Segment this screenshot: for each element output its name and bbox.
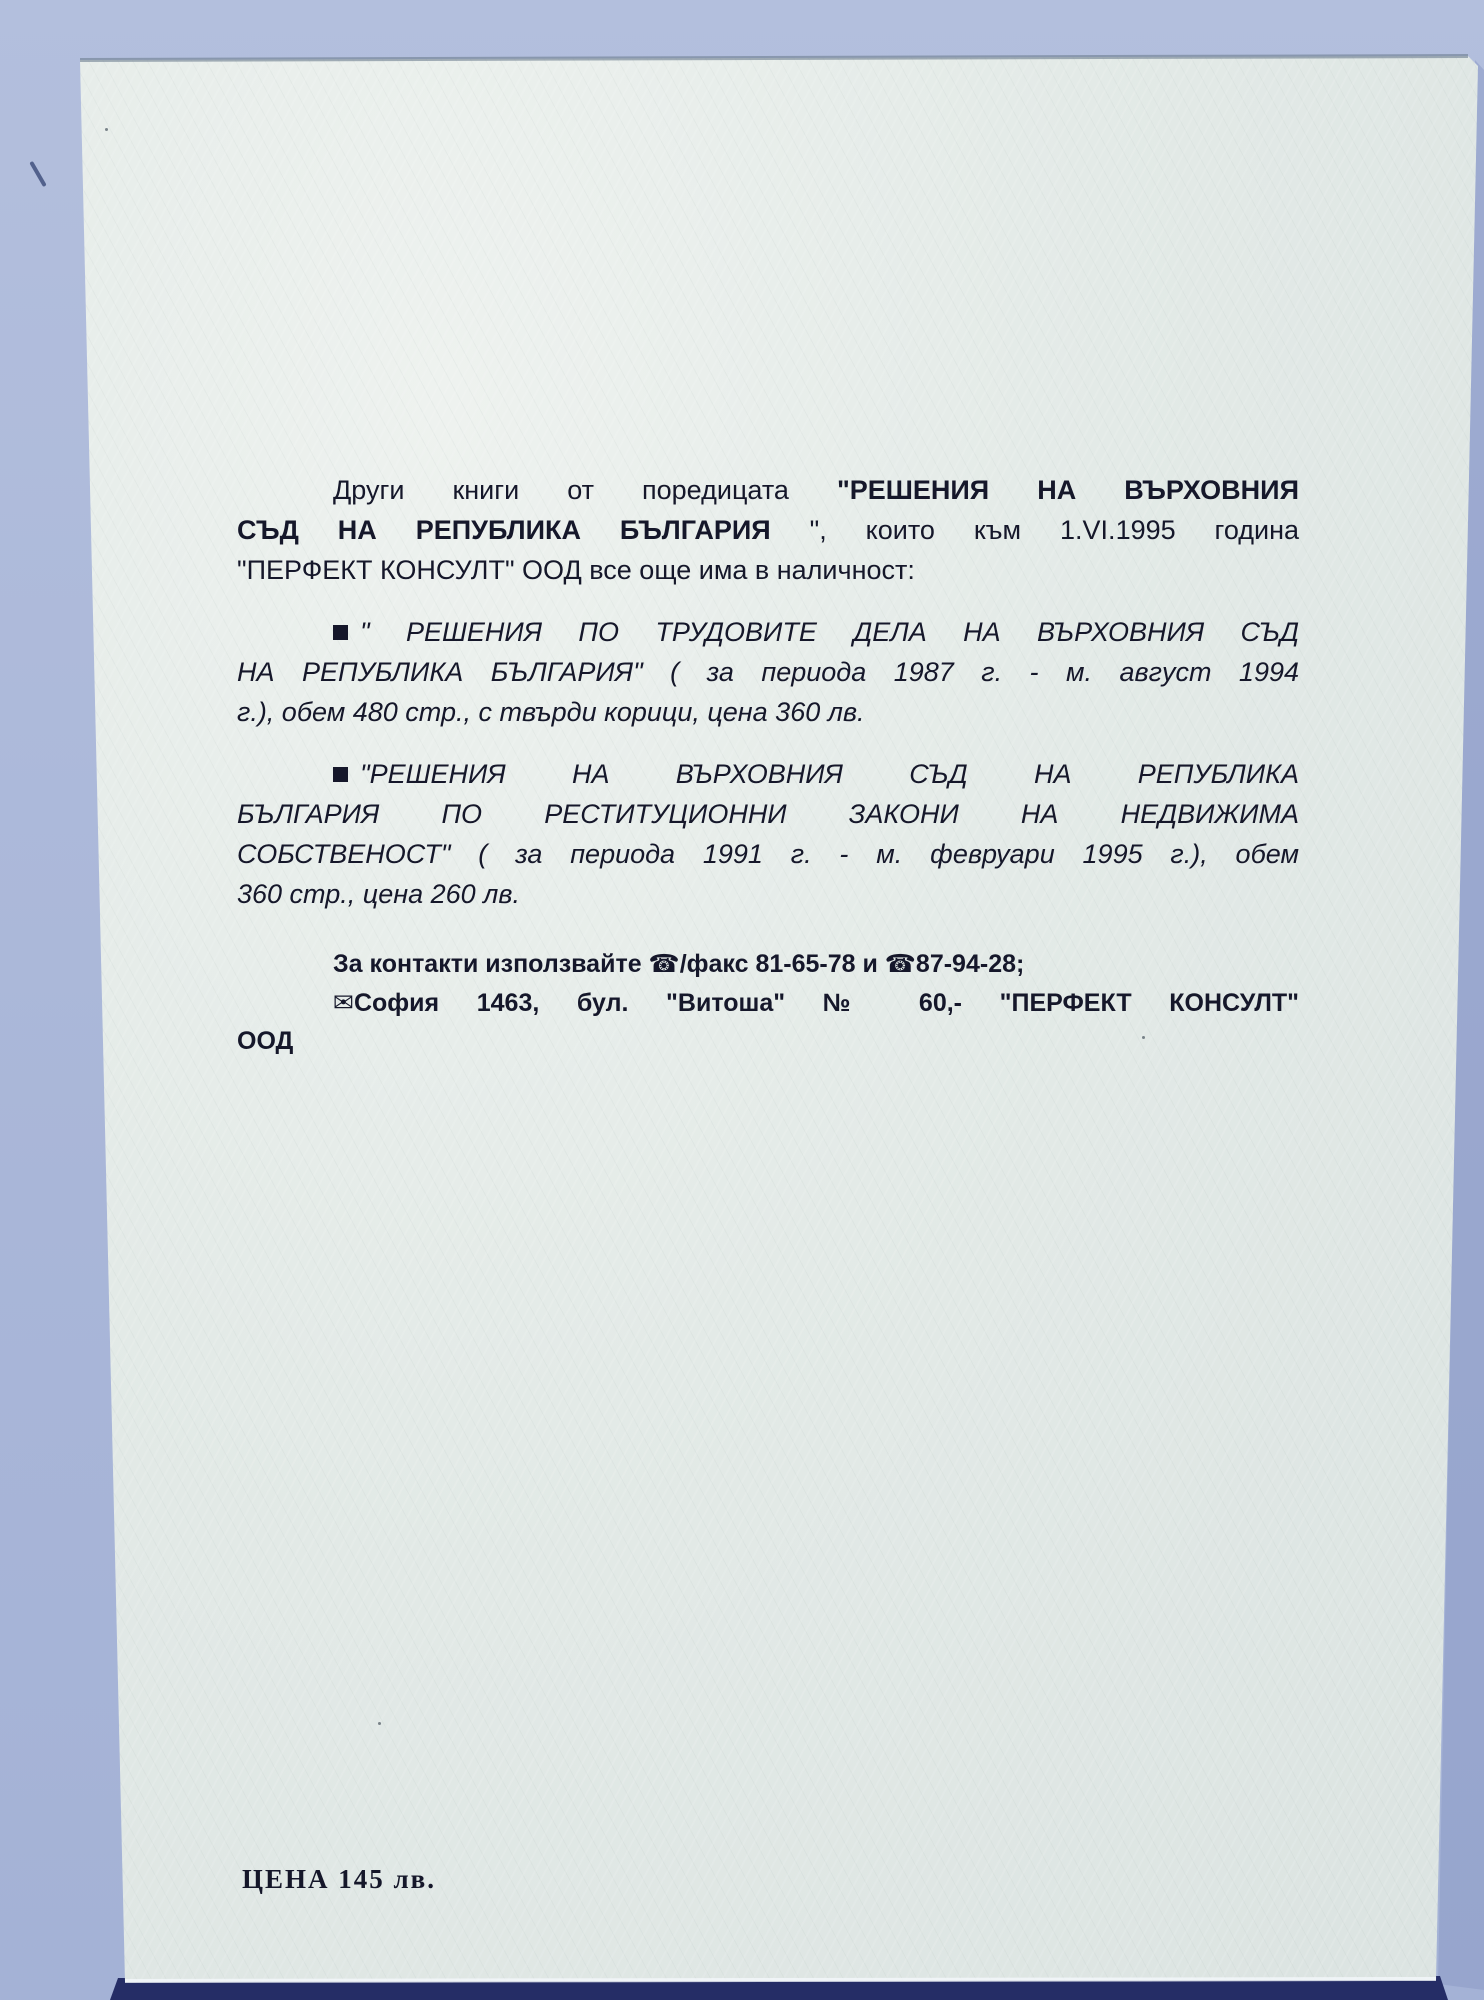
dust-speck xyxy=(105,128,108,131)
intro-line-1: Други книги от поредицата "РЕШЕНИЯ НА ВЪ… xyxy=(237,470,1299,510)
book-2-title-cont: БЪЛГАРИЯ ПО РЕСТИТУЦИОННИ ЗАКОНИ НА НЕДВ… xyxy=(237,799,1299,829)
book-2-line-1: "РЕШЕНИЯ НА ВЪРХОВНИЯ СЪД НА РЕПУБЛИКА xyxy=(237,754,1299,794)
book-list-item: " РЕШЕНИЯ ПО ТРУДОВИТЕ ДЕЛА НА ВЪРХОВНИЯ… xyxy=(237,612,1299,732)
book-2-line-2: БЪЛГАРИЯ ПО РЕСТИТУЦИОННИ ЗАКОНИ НА НЕДВ… xyxy=(237,794,1299,834)
book-2-details: 360 стр., цена 260 лв. xyxy=(237,879,520,909)
contact-info: За контакти използвайте ☎/факс 81-65-78 … xyxy=(237,944,1299,1061)
contact-phones-line: За контакти използвайте ☎/факс 81-65-78 … xyxy=(237,944,1299,983)
publisher-availability-text: "ПЕРФЕКТ КОНСУЛТ" ООД все още има в нали… xyxy=(237,555,915,585)
company-suffix: ООД xyxy=(237,1027,293,1055)
book-1-title: " РЕШЕНИЯ ПО ТРУДОВИТЕ ДЕЛА НА ВЪРХОВНИЯ… xyxy=(360,617,1299,647)
book-2-title-end: СОБСТВЕНОСТ" ( за периода 1991 г. - м. ф… xyxy=(237,839,1299,869)
phone-number: 87-94-28; xyxy=(916,950,1024,978)
dust-speck xyxy=(378,1722,381,1725)
series-title-part-2: СЪД НА РЕПУБЛИКА БЪЛГАРИЯ xyxy=(237,515,771,545)
book-2-title: "РЕШЕНИЯ НА ВЪРХОВНИЯ СЪД НА РЕПУБЛИКА xyxy=(360,759,1299,789)
contact-address-line: ✉София 1463, бул. "Витоша" № 60,- "ПЕРФЕ… xyxy=(237,983,1299,1022)
series-title-part-1: "РЕШЕНИЯ НА ВЪРХОВНИЯ xyxy=(837,475,1299,505)
telephone-icon: ☎ xyxy=(649,949,680,978)
contact-prefix: За контакти използвайте xyxy=(333,950,649,978)
phone-fax-number: /факс 81-65-78 и xyxy=(680,950,885,978)
cover-price: ЦЕНА 145 лв. xyxy=(242,1864,436,1895)
intro-line-2: СЪД НА РЕПУБЛИКА БЪЛГАРИЯ ", които към 1… xyxy=(237,510,1299,550)
square-bullet-icon xyxy=(333,625,348,640)
book-1-details: г.), обем 480 стр., с твърди корици, цен… xyxy=(237,697,865,727)
postal-address: София 1463, бул. "Витоша" № 60,- "ПЕРФЕК… xyxy=(354,989,1299,1017)
photo-scene: Други книги от поредицата "РЕШЕНИЯ НА ВЪ… xyxy=(0,0,1484,2000)
book-2-line-4: 360 стр., цена 260 лв. xyxy=(237,874,1299,914)
envelope-icon: ✉ xyxy=(333,988,354,1017)
book-1-title-cont: НА РЕПУБЛИКА БЪЛГАРИЯ" ( за периода 1987… xyxy=(237,657,1299,687)
contact-company-line: ООД xyxy=(237,1022,1299,1061)
telephone-icon: ☎ xyxy=(885,949,916,978)
intro-date-text: ", които към 1.VI.1995 година xyxy=(771,515,1299,545)
square-bullet-icon xyxy=(333,767,348,782)
intro-line-3: "ПЕРФЕКТ КОНСУЛТ" ООД все още има в нали… xyxy=(237,550,1299,590)
book-2-line-3: СОБСТВЕНОСТ" ( за периода 1991 г. - м. ф… xyxy=(237,834,1299,874)
book-1-line-3: г.), обем 480 стр., с твърди корици, цен… xyxy=(237,692,1299,732)
intro-text: Други книги от поредицата xyxy=(333,475,837,505)
book-list-item: "РЕШЕНИЯ НА ВЪРХОВНИЯ СЪД НА РЕПУБЛИКА Б… xyxy=(237,754,1299,914)
background-scratch-mark xyxy=(29,161,46,187)
intro-paragraph: Други книги от поредицата "РЕШЕНИЯ НА ВЪ… xyxy=(237,470,1299,590)
book-1-line-1: " РЕШЕНИЯ ПО ТРУДОВИТЕ ДЕЛА НА ВЪРХОВНИЯ… xyxy=(237,612,1299,652)
book-1-line-2: НА РЕПУБЛИКА БЪЛГАРИЯ" ( за периода 1987… xyxy=(237,652,1299,692)
